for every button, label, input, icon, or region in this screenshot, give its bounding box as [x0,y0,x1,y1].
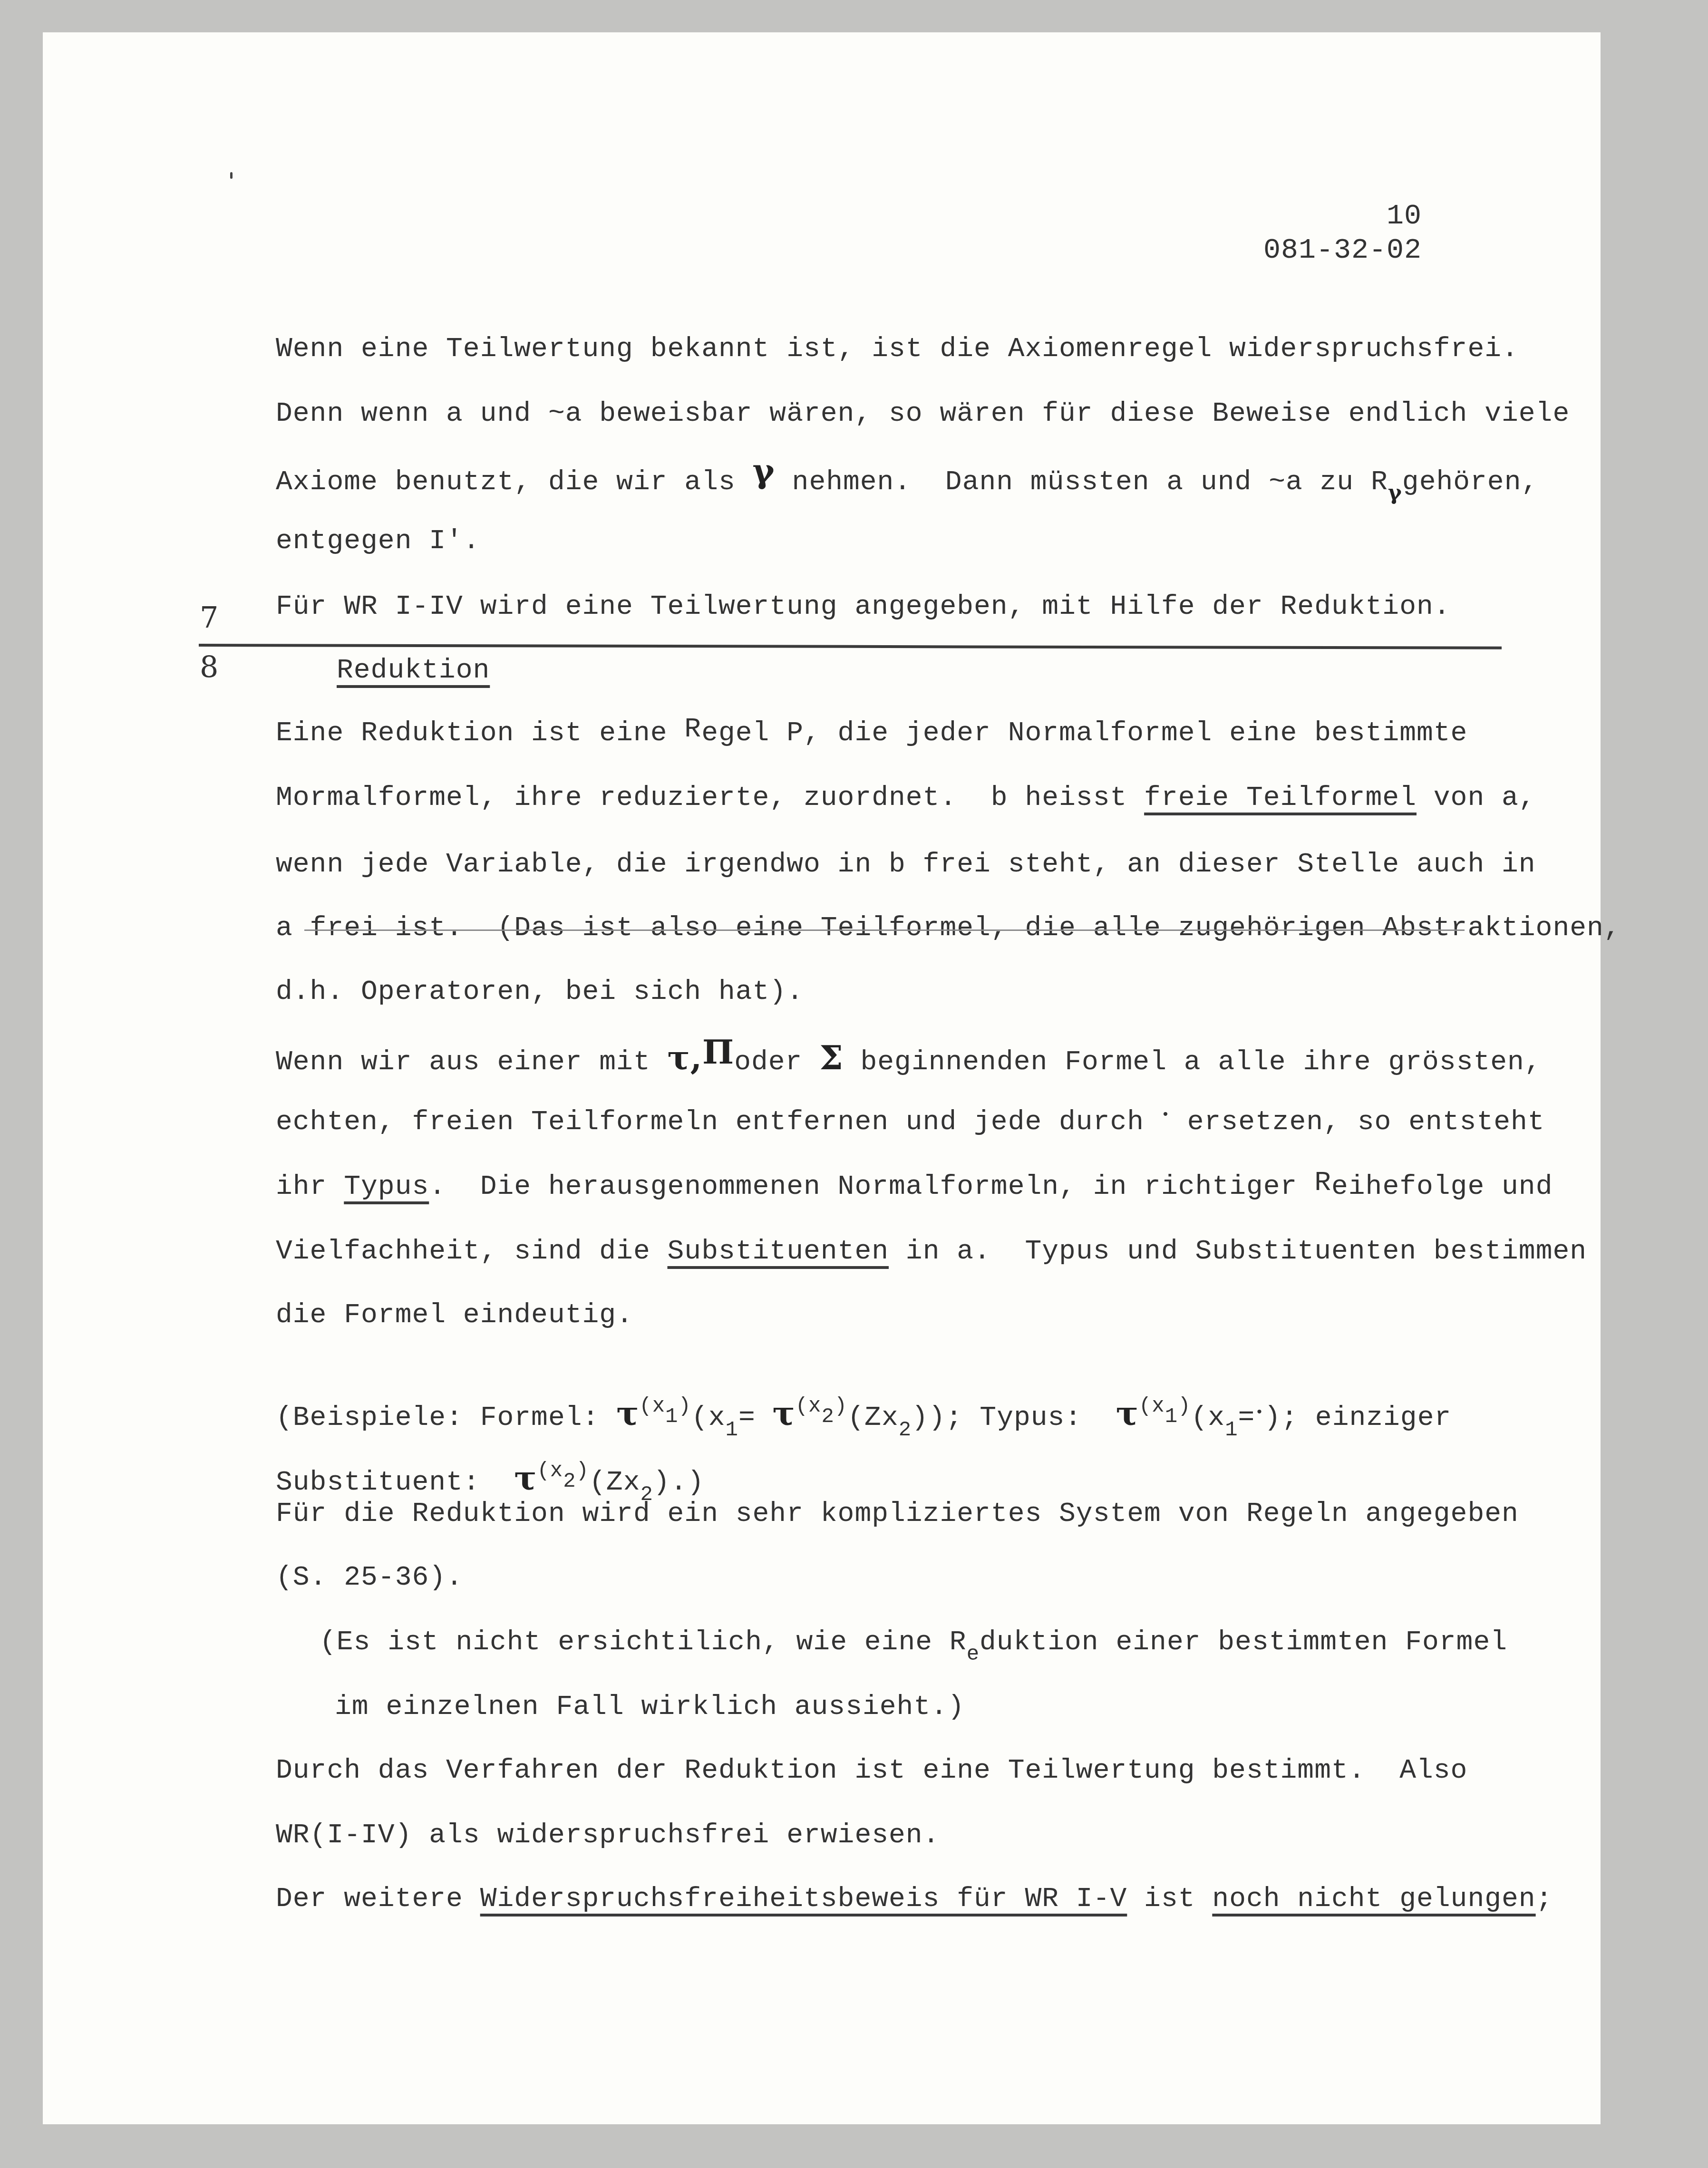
text-span: Eine Reduktion ist eine [276,718,684,749]
text-span: Axiome benutzt, die wir als [276,467,753,498]
formula-part: 1 [665,1405,678,1429]
text-line: a frei ist. (Das ist also eine Teilforme… [276,912,1621,945]
text-span: Wenn wir aus einer mit [276,1047,668,1078]
page-number: 10 [1360,200,1422,233]
pi-symbol: Π [702,1032,734,1072]
formula-part: ) [835,1394,847,1418]
substituent-label: Substituent: [276,1467,514,1498]
formula-part: ( [639,1394,652,1418]
text-span: nehmen. Dann müssten a und ~a zu R [775,467,1388,498]
formula-part: x [882,1403,899,1433]
text-span: (Es ist nicht ersichtilich, wie eine R [320,1627,967,1658]
text-line: Vielfachheit, sind die Substituenten in … [276,1235,1587,1268]
tau-symbol: τ [1116,1394,1139,1433]
gamma-subscript: γ [1388,481,1402,505]
text-span: egel P, die jeder Normalformel eine best… [701,718,1467,749]
formula-part: 2 [899,1418,912,1442]
text-line: ihr Typus. Die herausgenommenen Normalfo… [276,1171,1553,1204]
text-span: Mormalformel, ihre reduzierte, zuordnet.… [276,783,1144,813]
formula-part: ) [1264,1403,1281,1433]
text-span: ; [1536,1884,1553,1915]
formula-part: Z [864,1403,882,1433]
paper-speck [230,172,233,179]
formula-part: ) [1178,1394,1191,1418]
text-line: wenn jede Variable, die irgendwo in b fr… [276,848,1536,881]
text-span: duktion einer bestimmten Formel [980,1627,1507,1658]
term-substituenten: Substituenten [668,1236,889,1267]
example-line: (Beispiele: Formel: τ(x1)(x1= τ(x2)(Zx2)… [276,1364,1451,1438]
document-id: 081-32-02 [1246,234,1422,267]
text-line: Durch das Verfahren der Reduktion ist ei… [276,1754,1467,1788]
text-line: (S. 25-36). [276,1561,463,1595]
formula-part: ) [678,1394,691,1418]
text-line: entgegen I'. [276,525,480,558]
formula-part: ( [847,1403,864,1433]
text-line: (Es ist nicht ersichtilich, wie eine Red… [320,1626,1507,1659]
text-span: eihefolge und [1331,1171,1553,1202]
formula-part: x [623,1467,640,1498]
term-freie-teilformel: freie Teilformel [1144,783,1417,813]
formula-part: ( [537,1459,550,1483]
text-line: WR(I-IV) als widerspruchsfrei erwiesen. [276,1819,940,1852]
formula-part: 2 [821,1405,834,1429]
formula-part: ( [589,1467,606,1498]
text-line: Wenn wir aus einer mit τ,Πoder Σ beginne… [276,1041,1542,1079]
typus-label: Typus: [963,1403,1116,1433]
text-span: einziger [1298,1403,1451,1433]
text-span: gehören, [1402,467,1538,498]
formula-part: ( [796,1394,808,1418]
formula-part: 1 [1165,1405,1178,1429]
text-span: Vielfachheit, sind die [276,1236,668,1267]
text-line: Für die Reduktion wird ein sehr komplizi… [276,1498,1519,1531]
text-line: Für WR I-IV wird eine Teilwertung angege… [276,590,1451,624]
text-span: Der weitere [276,1884,480,1915]
term-typus: Typus [344,1171,429,1202]
formula-part: ) [653,1467,670,1498]
text-line: Wenn eine Teilwertung bekannt ist, ist d… [276,333,1519,366]
formula-part: 1 [1225,1418,1238,1442]
term-noch-nicht-gelungen: noch nicht gelungen [1212,1884,1535,1915]
text-line: im einzelnen Fall wirklich aussieht.) [335,1691,965,1724]
formula-part: x [708,1403,726,1433]
text-span: oder [734,1047,819,1078]
section-heading: Reduktion [337,654,490,687]
tau-symbol: τ [514,1458,537,1498]
text-span: echten, freien Teilformeln entfernen und… [276,1107,1161,1138]
formula-part: Z [606,1467,623,1498]
sigma-symbol: Σ [819,1038,844,1077]
text-span: . Die herausgenommenen Normalformeln, in… [429,1171,1314,1202]
placeholder-dot: • [1161,1107,1170,1123]
text-line: Denn wenn a und ~a beweisbar wären, so w… [276,397,1570,431]
text-line: d.h. Operatoren, bei sich hat). [276,976,804,1009]
text-line: Eine Reduktion ist eine Regel P, die jed… [276,717,1467,750]
strike-through-mark [304,929,1465,931]
formula-part: = [1238,1403,1255,1433]
formula-part: ( [1139,1394,1152,1418]
text-span: ihr [276,1171,344,1202]
formula-part: x [1152,1394,1165,1418]
tau-symbol: τ [773,1394,796,1433]
text-span: beginnenden Formel a alle ihre grössten, [844,1047,1542,1078]
formula-part: ) [912,1403,929,1433]
text-span: in a. Typus und Substituenten bestimmen [889,1236,1587,1267]
text-line: echten, freien Teilformeln entfernen und… [276,1106,1545,1142]
margin-number-7: 7 [200,600,218,635]
formula-part: 2 [563,1470,576,1493]
formula-part: x [550,1459,563,1483]
margin-number-8: 8 [200,649,218,684]
formula-part: ( [1191,1403,1208,1433]
formula-part: ) [929,1403,946,1433]
gamma-symbol: γ [753,451,775,491]
substituent-line: Substituent: τ(x2)(Zx2).) [276,1428,704,1500]
text-span: R [1314,1168,1331,1199]
formula-part: x [652,1394,665,1418]
formula-part: ) [576,1459,589,1483]
formula-part: 1 [725,1418,738,1442]
text-span: ist [1127,1884,1212,1915]
tau-symbol: τ [616,1394,639,1433]
formula-part: ) [687,1467,704,1498]
text-span: von a, [1417,783,1536,813]
formula-part: • [1255,1405,1264,1421]
text-line: Mormalformel, ihre reduzierte, zuordnet.… [276,782,1536,815]
text-span: ersetzen, so entsteht [1170,1107,1545,1138]
formula-part: x [1208,1403,1225,1433]
term-widerspruchsfreiheitsbeweis: Widerspruchsfreiheitsbeweis für WR I-V [480,1884,1127,1915]
text-line: Der weitere Widerspruchsfreiheitsbeweis … [276,1883,1553,1916]
text-span: e [967,1643,980,1666]
formula-part: x [808,1394,821,1418]
text-line: die Formel eindeutig. [276,1299,633,1332]
text-line: Axiome benutzt, die wir als γ nehmen. Da… [276,461,1538,499]
text-span: R [684,714,701,745]
tau-symbol: τ, [668,1038,702,1077]
formula-part: = [738,1403,756,1433]
